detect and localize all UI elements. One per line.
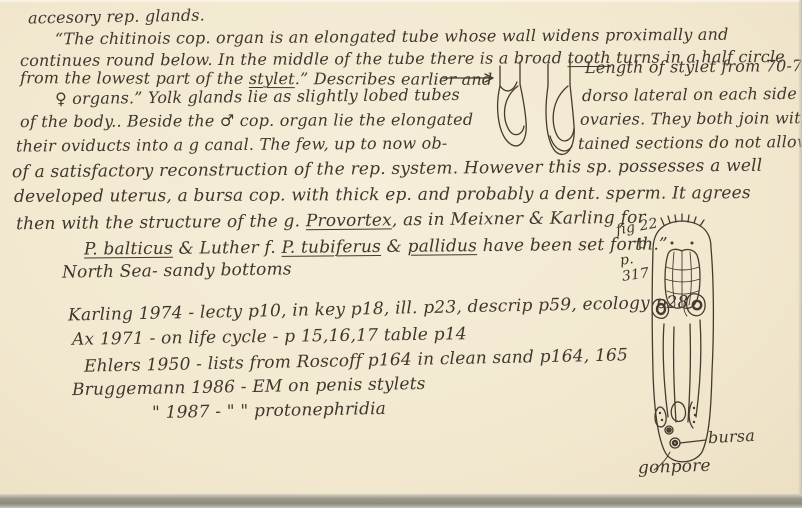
note-line: “The chitinois cop. organ is an elongate…	[55, 26, 729, 48]
scan-edge-right	[798, 0, 802, 508]
arrow-right-icon	[443, 74, 493, 82]
note-line: Length of stylet from 70-72µ.	[585, 57, 802, 77]
stylet-drawing-2	[546, 58, 574, 154]
reference-line: " 1987 - " " protonephridia	[152, 400, 386, 423]
eye-dot	[691, 242, 694, 245]
pharynx-drawing	[665, 249, 700, 308]
worm-sketch	[612, 212, 797, 497]
reference-line: Ax 1971 - on life cycle - p 15,16,17 tab…	[72, 325, 467, 349]
note-line: of a satisfactory reconstruction of the …	[12, 157, 763, 182]
eye-dot	[671, 242, 674, 245]
note-line: then with the structure of the g. Provor…	[16, 209, 646, 234]
scan-edge-bottom	[0, 494, 802, 508]
note-heading: accesory rep. glands.	[28, 6, 205, 27]
bursa-leader-line	[680, 440, 706, 443]
note-line: dorso lateral on each side	[582, 85, 797, 105]
index-card: accesory rep. glands. “The chitinois cop…	[0, 0, 802, 508]
note-line: P. balticus & Luther f. P. tubiferus & p…	[84, 235, 668, 259]
scan-edge-top	[0, 0, 802, 3]
gonpore-label: gonpore	[638, 457, 711, 478]
bursa-label: bursa	[708, 427, 756, 447]
note-line: of the body.. Beside the ♂ cop. organ li…	[20, 111, 473, 131]
note-line: ♀ organs.” Yolk glands lie as slightly l…	[55, 86, 460, 108]
internal-ducts	[663, 320, 701, 422]
note-line: developed uterus, a bursa cop. with thic…	[14, 184, 751, 207]
note-line: tained sections do not allow	[578, 133, 802, 153]
reference-line: Karling 1974 - lecty p10, in key p18, il…	[68, 294, 689, 326]
reference-line: Bruggemann 1986 - EM on penis stylets	[72, 375, 426, 400]
note-line: their oviducts into a g canal. The few, …	[16, 134, 448, 155]
habitat-line: North Sea- sandy bottoms	[62, 260, 292, 282]
bursa-organ	[670, 438, 680, 448]
note-line: ovaries. They both join with	[580, 109, 802, 128]
stylet-drawing-1	[498, 62, 527, 146]
reference-line: Ehlers 1950 - lists from Roscoff p164 in…	[84, 346, 628, 376]
